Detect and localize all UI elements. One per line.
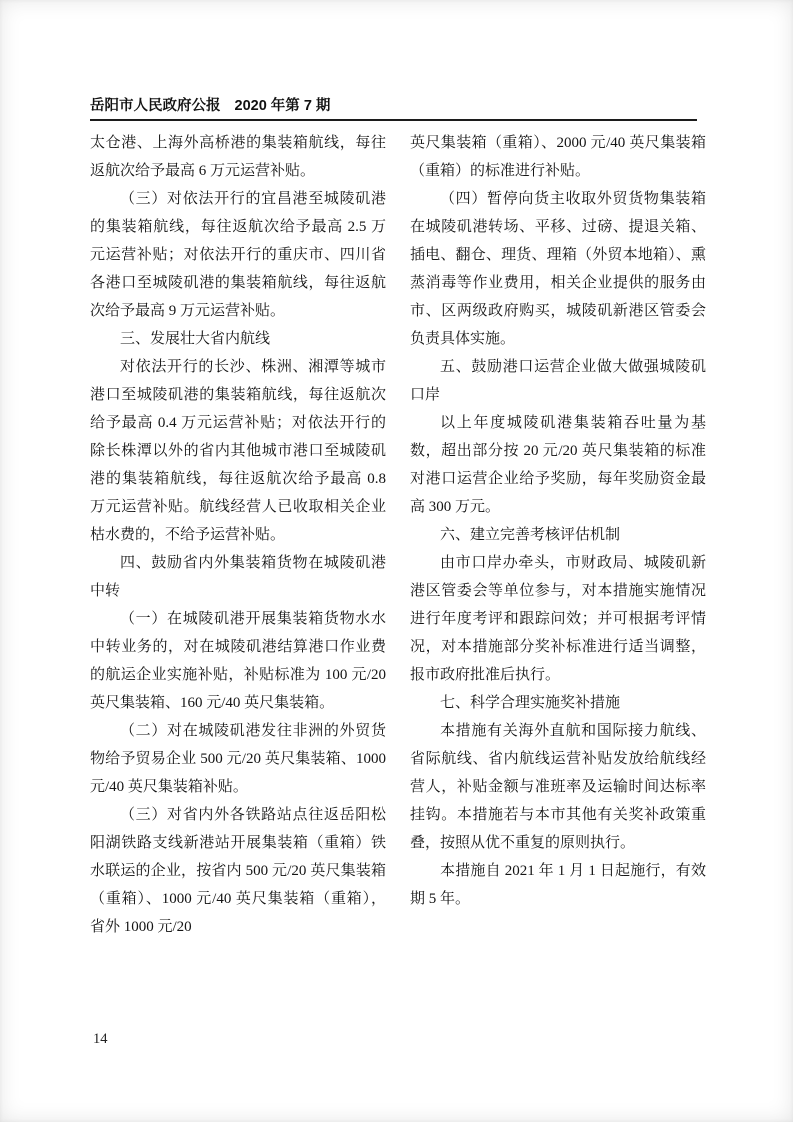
right-column: 英尺集装箱（重箱）、2000 元/40 英尺集装箱（重箱）的标准进行补贴。 （四… (410, 129, 706, 941)
paragraph: （四）暂停向货主收取外贸货物集装箱在城陵矶港转场、平移、过磅、提退关箱、插电、翻… (410, 185, 706, 353)
continued-paragraph: 英尺集装箱（重箱）、2000 元/40 英尺集装箱（重箱）的标准进行补贴。 (410, 129, 706, 185)
paragraph: （三）对依法开行的宜昌港至城陵矶港的集装箱航线，每往返航次给予最高 2.5 万元… (90, 185, 386, 325)
paragraph: 本措施自 2021 年 1 月 1 日起施行，有效期 5 年。 (410, 857, 706, 913)
paragraph: 由市口岸办牵头，市财政局、城陵矶新港区管委会等单位参与，对本措施实施情况进行年度… (410, 549, 706, 689)
paragraph: 本措施有关海外直航和国际接力航线、省际航线、省内航线运营补贴发放给航线经营人，补… (410, 717, 706, 857)
page-number: 14 (93, 1029, 108, 1049)
issue-label: 2020 年第 7 期 (235, 98, 331, 114)
section-heading: 四、鼓励省内外集装箱货物在城陵矶港中转 (90, 549, 386, 605)
paragraph: （三）对省内外各铁路站点往返岳阳松阳湖铁路支线新港站开展集装箱（重箱）铁水联运的… (90, 801, 386, 941)
gazette-page: 岳阳市人民政府公报2020 年第 7 期 太仓港、上海外高桥港的集装箱航线，每往… (0, 0, 793, 1122)
paragraph: 以上年度城陵矶港集装箱吞吐量为基数，超出部分按 20 元/20 英尺集装箱的标准… (410, 409, 706, 521)
section-heading: 六、建立完善考核评估机制 (410, 521, 706, 549)
header-rule (90, 119, 697, 121)
document-body: 太仓港、上海外高桥港的集装箱航线，每往返航次给予最高 6 万元运营补贴。 （三）… (90, 129, 706, 941)
paragraph: （一）在城陵矶港开展集装箱货物水水中转业务的，对在城陵矶港结算港口作业费的航运企… (90, 605, 386, 717)
paragraph: 对依法开行的长沙、株洲、湘潭等城市港口至城陵矶港的集装箱航线，每往返航次给予最高… (90, 353, 386, 549)
running-head: 岳阳市人民政府公报2020 年第 7 期 (90, 96, 706, 116)
section-heading: 七、科学合理实施奖补措施 (410, 689, 706, 717)
section-heading: 三、发展壮大省内航线 (90, 325, 386, 353)
gazette-title: 岳阳市人民政府公报 (90, 98, 221, 114)
continued-paragraph: 太仓港、上海外高桥港的集装箱航线，每往返航次给予最高 6 万元运营补贴。 (90, 129, 386, 185)
paragraph: （二）对在城陵矶港发往非洲的外贸货物给予贸易企业 500 元/20 英尺集装箱、… (90, 717, 386, 801)
section-heading: 五、鼓励港口运营企业做大做强城陵矶口岸 (410, 353, 706, 409)
left-column: 太仓港、上海外高桥港的集装箱航线，每往返航次给予最高 6 万元运营补贴。 （三）… (90, 129, 386, 941)
